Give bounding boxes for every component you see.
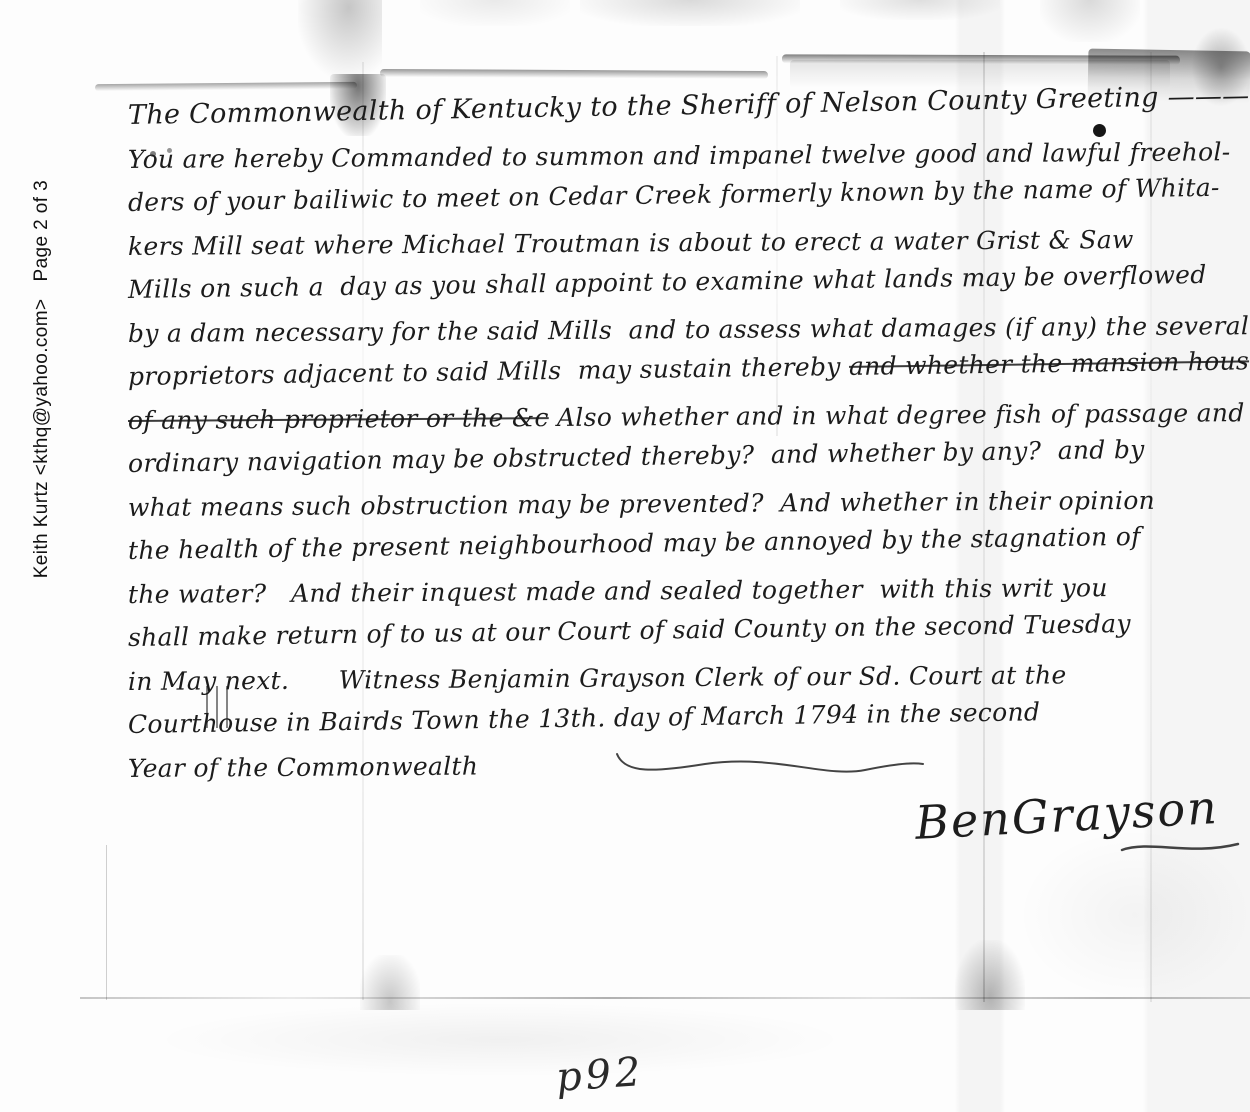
handwritten-text: Mills on such a day as you shall appoint…: [128, 260, 1207, 304]
scan-smudge: [420, 0, 570, 26]
handwritten-text: Also whether and in what degree fish of …: [549, 398, 1245, 432]
struck-text: of any such proprietor or the &c: [128, 403, 549, 435]
scan-header-label: Keith Kurtz <kthq@yahoo.com> Page 2 of 3: [31, 180, 52, 578]
handwritten-text: Year of the Commonwealth: [128, 751, 478, 782]
struck-text: and whether the mansion hous: [849, 346, 1249, 381]
handwritten-text: shall make return of to us at our Court …: [128, 609, 1131, 652]
handwritten-text: in May next. Witness Benjamin Grayson Cl…: [128, 660, 1067, 696]
scan-header-vertical: Keith Kurtz <kthq@yahoo.com> Page 2 of 3: [9, 180, 75, 601]
fold-dust-smudge: [955, 940, 1025, 1010]
handwritten-text: ordinary navigation may be obstructed th…: [128, 435, 1145, 478]
handwritten-text: ders of your bailiwic to meet on Cedar C…: [128, 173, 1220, 217]
handwritten-text: proprietors adjacent to said Mills may s…: [128, 352, 849, 391]
page-number-handwritten: p92: [555, 1049, 647, 1101]
handwritten-text: the water? And their inquest made and se…: [128, 573, 1108, 609]
document-body: The Commonwealth of Kentucky to the Sher…: [128, 94, 1246, 790]
scan-smudge: [580, 0, 800, 26]
scanned-document-page: Keith Kurtz <kthq@yahoo.com> Page 2 of 3…: [0, 0, 1250, 1112]
scan-blotch: [150, 1002, 850, 1077]
signature-flourish: [1120, 838, 1240, 858]
paper-left-edge: [106, 845, 107, 1000]
scan-smudge: [1040, 0, 1140, 42]
scan-smudge: [298, 0, 382, 78]
scan-smudge: [840, 0, 1000, 20]
handwritten-text: the health of the present neighbourhood …: [128, 522, 1141, 565]
handwritten-text: Courthouse in Bairds Town the 13th. day …: [128, 697, 1041, 739]
pen-flourish: [615, 748, 925, 782]
